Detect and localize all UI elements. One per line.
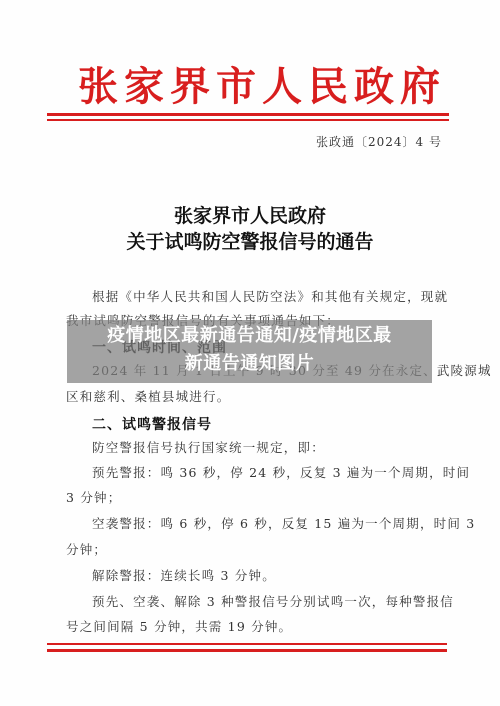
masthead-rule-thin	[47, 119, 449, 121]
air-raid-line1: 空袭警报：鸣 6 秒，停 6 秒，反复 15 遍为一个周期，时间 3	[92, 510, 442, 538]
notice-title-line2: 关于试鸣防空警报信号的通告	[0, 229, 500, 255]
air-raid-line2: 分钟；	[66, 536, 440, 564]
caption-overlay: 疫情地区最新通告通知/疫情地区最 新通告通知图片	[67, 322, 432, 378]
footer-rule-thick	[47, 649, 447, 652]
caption-overlay-line2: 新通告通知图片	[67, 350, 432, 378]
all-clear-line: 解除警报：连续长鸣 3 分钟。	[92, 562, 442, 590]
section1-body-line2: 区和慈利、桑植县城进行。	[66, 383, 440, 411]
footer-rule-thin	[47, 643, 447, 645]
notice-title-line1: 张家界市人民政府	[0, 203, 500, 229]
summary-line1: 预先、空袭、解除 3 种警报信号分别试鸣一次，每种警报信	[92, 588, 442, 616]
document-number: 张政通〔2024〕4 号	[316, 133, 442, 150]
masthead-rule-thick	[47, 113, 449, 116]
pre-alert-line2: 3 分钟；	[66, 484, 440, 512]
caption-overlay-line1: 疫情地区最新通告通知/疫情地区最	[67, 322, 432, 350]
section2-heading: 二、试鸣警报信号	[92, 414, 212, 434]
pre-alert-line1: 预先警报：鸣 36 秒，停 24 秒，反复 3 遍为一个周期，时间	[92, 459, 442, 487]
summary-line2: 号之间间隔 5 分钟，共需 19 分钟。	[66, 613, 440, 641]
masthead-title: 张家界市人民政府	[78, 64, 422, 110]
section2-body-line1: 防空警报信号执行国家统一规定，即：	[92, 434, 442, 462]
